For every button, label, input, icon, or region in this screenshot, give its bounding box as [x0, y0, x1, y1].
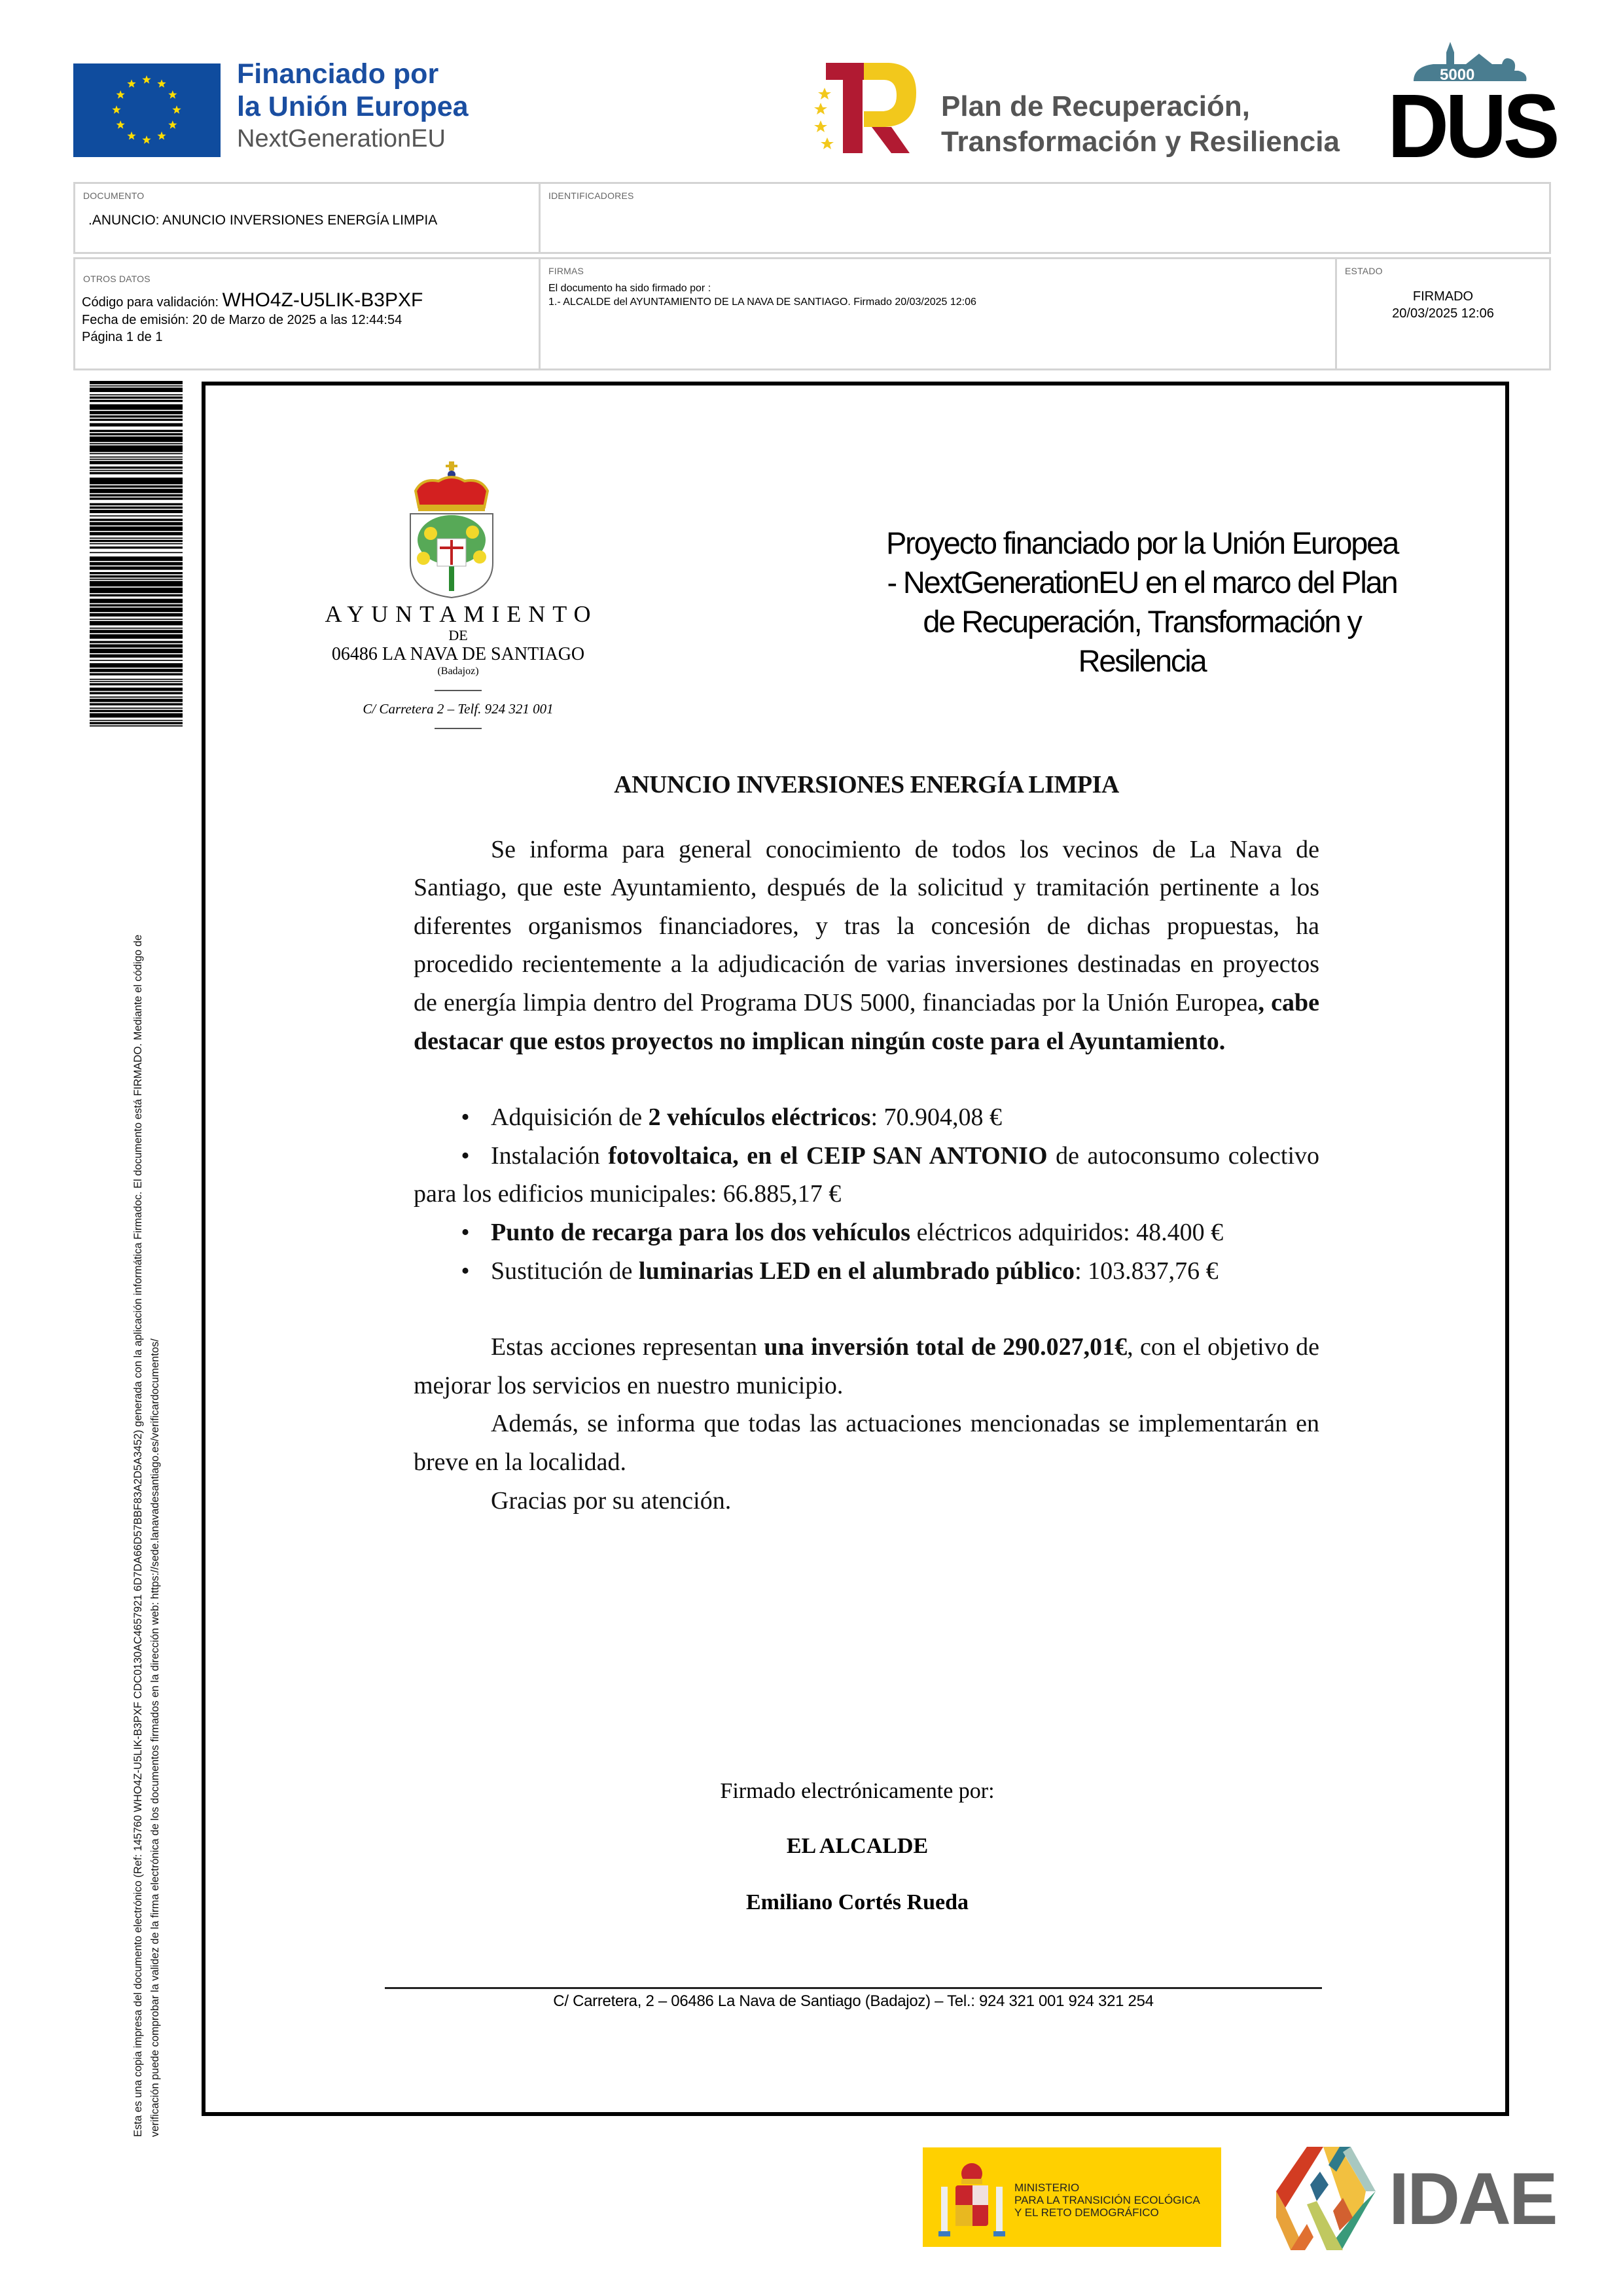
intro-text: Se informa para general conocimiento de …	[414, 836, 1319, 1016]
funding-line: de Recuperación, Transformación y	[841, 602, 1443, 641]
municipal-crest	[409, 461, 494, 602]
otros-datos-cell: OTROS DATOS Código para validación: WHO4…	[73, 257, 541, 370]
ministry-line3: Y EL RETO DEMOGRÁFICO	[1014, 2206, 1200, 2219]
barcode-icon	[90, 381, 183, 726]
validation-code-value[interactable]: WHO4Z-U5LIK-B3PXF	[223, 289, 423, 311]
letterhead-town: 06486 LA NAVA DE SANTIAGO	[308, 644, 609, 665]
documento-label: DOCUMENTO	[83, 190, 144, 201]
svg-text:DUS: DUS	[1387, 76, 1557, 162]
bullet-icon: •	[414, 1252, 491, 1291]
status-datetime: 20/03/2025 12:06	[1337, 305, 1549, 322]
page-count: Página 1 de 1	[82, 330, 162, 345]
validation-code-label: Código para validación:	[82, 295, 223, 310]
idae-logo: IDAE	[1271, 2145, 1585, 2253]
total-amount: una inversión total de 290.027,01€	[764, 1333, 1127, 1361]
total-pre: Estas acciones representan	[491, 1333, 764, 1361]
estado-cell: ESTADO FIRMADO 20/03/2025 12:06	[1335, 257, 1551, 370]
documento-value: .ANUNCIO: ANUNCIO INVERSIONES ENERGÍA LI…	[88, 213, 437, 228]
bullet-icon: •	[414, 1137, 491, 1175]
investment-item: •Instalación fotovoltaica, en el CEIP SA…	[414, 1137, 1319, 1213]
side-note-line2: verificación puede comprobar la validez …	[147, 935, 164, 2137]
firmas-text: El documento ha sido firmado por : 1.- A…	[548, 281, 976, 309]
item-post: : 103.837,76 €	[1075, 1257, 1219, 1285]
eu-logo-line2: la Unión Europea	[237, 90, 512, 123]
document-info-table: DOCUMENTO .ANUNCIO: ANUNCIO INVERSIONES …	[73, 182, 1551, 370]
signature-label: Firmado electrónicamente por:	[380, 1778, 1335, 1804]
signer-name: Emiliano Cortés Rueda	[380, 1890, 1335, 1916]
item-bold: Punto de recarga para los dos vehículos	[491, 1219, 910, 1246]
prtr-logo-mark	[811, 60, 936, 155]
ministry-line1: MINISTERIO	[1014, 2181, 1200, 2194]
side-note-line1: Esta es una copia impresa del documento …	[130, 935, 147, 2137]
identificadores-label: IDENTIFICADORES	[548, 190, 634, 201]
firmas-label: FIRMAS	[548, 266, 584, 276]
letterhead-address: C/ Carretera 2 – Telf. 924 321 001	[308, 700, 609, 717]
intro-paragraph: Se informa para general conocimiento de …	[414, 831, 1319, 1061]
signer-role: EL ALCALDE	[380, 1833, 1335, 1859]
letterhead-divider-2	[435, 728, 482, 729]
funding-statement: Proyecto financiado por la Unión Europea…	[841, 524, 1443, 681]
letterhead-name: AYUNTAMIENTO	[308, 601, 609, 627]
emission-date: Fecha de emisión: 20 de Marzo de 2025 a …	[82, 313, 402, 328]
announcement-body: ANUNCIO INVERSIONES ENERGÍA LIMPIA Se in…	[414, 766, 1319, 1520]
item-post: : 70.904,08 €	[870, 1103, 1002, 1131]
verification-side-note: Esta es una copia impresa del documento …	[130, 935, 164, 2137]
validation-code: Código para validación: WHO4Z-U5LIK-B3PX…	[82, 292, 423, 311]
funding-line: Proyecto financiado por la Unión Europea	[841, 524, 1443, 563]
funding-line: Resilencia	[841, 641, 1443, 681]
thanks-paragraph: Gracias por su atención.	[414, 1482, 1319, 1520]
otros-datos-label: OTROS DATOS	[83, 274, 151, 284]
estado-label: ESTADO	[1345, 266, 1383, 276]
bullet-icon: •	[414, 1098, 491, 1137]
ministry-line2: PARA LA TRANSICIÓN ECOLÓGICA	[1014, 2194, 1200, 2206]
total-paragraph: Estas acciones representan una inversión…	[414, 1328, 1319, 1405]
status-badge: FIRMADO 20/03/2025 12:06	[1337, 288, 1549, 322]
footer-address: C/ Carretera, 2 – 06486 La Nava de Santi…	[385, 1992, 1322, 2011]
eu-logo-line3: NextGenerationEU	[237, 123, 512, 154]
prtr-line1: Plan de Recuperación,	[941, 89, 1373, 124]
investment-item: •Adquisición de 2 vehículos eléctricos: …	[414, 1098, 1319, 1137]
investment-item: •Punto de recarga para los dos vehículos…	[414, 1213, 1319, 1252]
status-value: FIRMADO	[1337, 288, 1549, 305]
announcement-title: ANUNCIO INVERSIONES ENERGÍA LIMPIA	[414, 766, 1319, 804]
idae-knot-icon	[1271, 2145, 1382, 2253]
eu-funding-logo-text: Financiado por la Unión Europea NextGene…	[237, 58, 512, 154]
letterhead-divider	[435, 690, 482, 691]
item-post: eléctricos adquiridos: 48.400 €	[910, 1219, 1223, 1246]
ministry-name: MINISTERIO PARA LA TRANSICIÓN ECOLÓGICA …	[1014, 2181, 1200, 2219]
dus-5000-logo: 5000 DUS	[1387, 41, 1558, 162]
idae-wordmark: IDAE	[1389, 2162, 1556, 2236]
funding-line: - NextGenerationEU en el marco del Plan	[841, 563, 1443, 602]
firmas-line1: El documento ha sido firmado por :	[548, 281, 976, 295]
eu-logo-line1: Financiado por	[237, 58, 512, 90]
item-pre: Adquisición de	[491, 1103, 649, 1131]
eu-flag-logo	[73, 63, 221, 157]
prtr-line2: Transformación y Resiliencia	[941, 124, 1373, 160]
bullet-icon: •	[414, 1213, 491, 1252]
firmas-cell: FIRMAS El documento ha sido firmado por …	[539, 257, 1337, 370]
letterhead-province: (Badajoz)	[308, 665, 609, 678]
item-bold: fotovoltaica, en el CEIP SAN ANTONIO	[608, 1142, 1047, 1170]
investment-list: •Adquisición de 2 vehículos eléctricos: …	[414, 1098, 1319, 1290]
item-bold: luminarias LED en el alumbrado público	[639, 1257, 1075, 1285]
spain-coat-of-arms-icon	[929, 2147, 1014, 2247]
item-pre: Instalación	[491, 1142, 608, 1170]
ministry-logo: MINISTERIO PARA LA TRANSICIÓN ECOLÓGICA …	[923, 2147, 1221, 2247]
investment-item: •Sustitución de luminarias LED en el alu…	[414, 1252, 1319, 1291]
item-pre: Sustitución de	[491, 1257, 639, 1285]
identificadores-cell: IDENTIFICADORES	[539, 182, 1551, 254]
prtr-logo-text: Plan de Recuperación, Transformación y R…	[941, 89, 1373, 160]
item-bold: 2 vehículos eléctricos	[649, 1103, 871, 1131]
footer-divider	[385, 1987, 1322, 1989]
documento-cell: DOCUMENTO .ANUNCIO: ANUNCIO INVERSIONES …	[73, 182, 541, 254]
firmas-line2: 1.- ALCALDE del AYUNTAMIENTO DE LA NAVA …	[548, 295, 976, 309]
barcode	[90, 381, 183, 726]
dus-village-icon: 5000 DUS	[1387, 41, 1558, 162]
signature-block: Firmado electrónicamente por: EL ALCALDE…	[380, 1778, 1335, 1916]
eu-stars-icon	[73, 63, 221, 157]
prtr-tr-icon	[811, 60, 936, 155]
municipality-letterhead: AYUNTAMIENTO DE 06486 LA NAVA DE SANTIAG…	[308, 601, 609, 729]
letterhead-de: DE	[308, 627, 609, 644]
closing-paragraph: Además, se informa que todas las actuaci…	[414, 1405, 1319, 1481]
coat-of-arms-icon	[409, 461, 494, 602]
